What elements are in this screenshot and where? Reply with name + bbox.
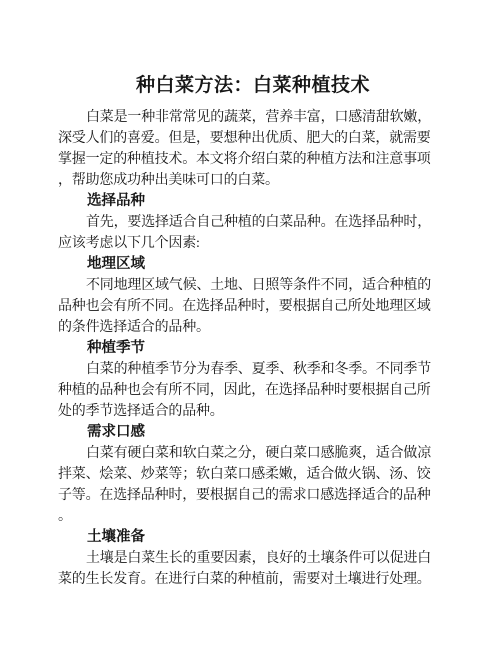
section-paragraph-taste: 白菜有硬白菜和软白菜之分，硬白菜口感脆爽，适合做凉 拌菜、烩菜、炒菜等；软白菜口… — [58, 443, 448, 527]
section-heading-taste: 需求口感 — [58, 422, 448, 443]
section-heading-season: 种植季节 — [58, 338, 448, 359]
section-paragraph-geography: 不同地理区域气候、土地、日照等条件不同，适合种植的 品种也会有所不同。在选择品种… — [58, 275, 448, 338]
document-page: 种白菜方法：白菜种植技术 白菜是一种非常常见的蔬菜，营养丰富，口感清甜软嫩， 深… — [0, 0, 500, 647]
section-heading-soil: 土壤准备 — [58, 527, 448, 548]
intro-paragraph: 白菜是一种非常常见的蔬菜，营养丰富，口感清甜软嫩， 深受人们的喜爱。但是，要想种… — [58, 107, 448, 191]
section-heading-select-variety: 选择品种 — [58, 191, 448, 212]
section-paragraph-soil: 土壤是白菜生长的重要因素，良好的土壤条件可以促进白 菜的生长发育。在进行白菜的种… — [58, 548, 448, 590]
section-paragraph-select-variety: 首先，要选择适合自己种植的白菜品种。在选择品种时， 应该考虑以下几个因素: — [58, 212, 448, 254]
section-paragraph-season: 白菜的种植季节分为春季、夏季、秋季和冬季。不同季节 种植的品种也会有所不同，因此… — [58, 359, 448, 422]
document-title: 种白菜方法：白菜种植技术 — [58, 74, 448, 98]
section-heading-geography: 地理区域 — [58, 254, 448, 275]
